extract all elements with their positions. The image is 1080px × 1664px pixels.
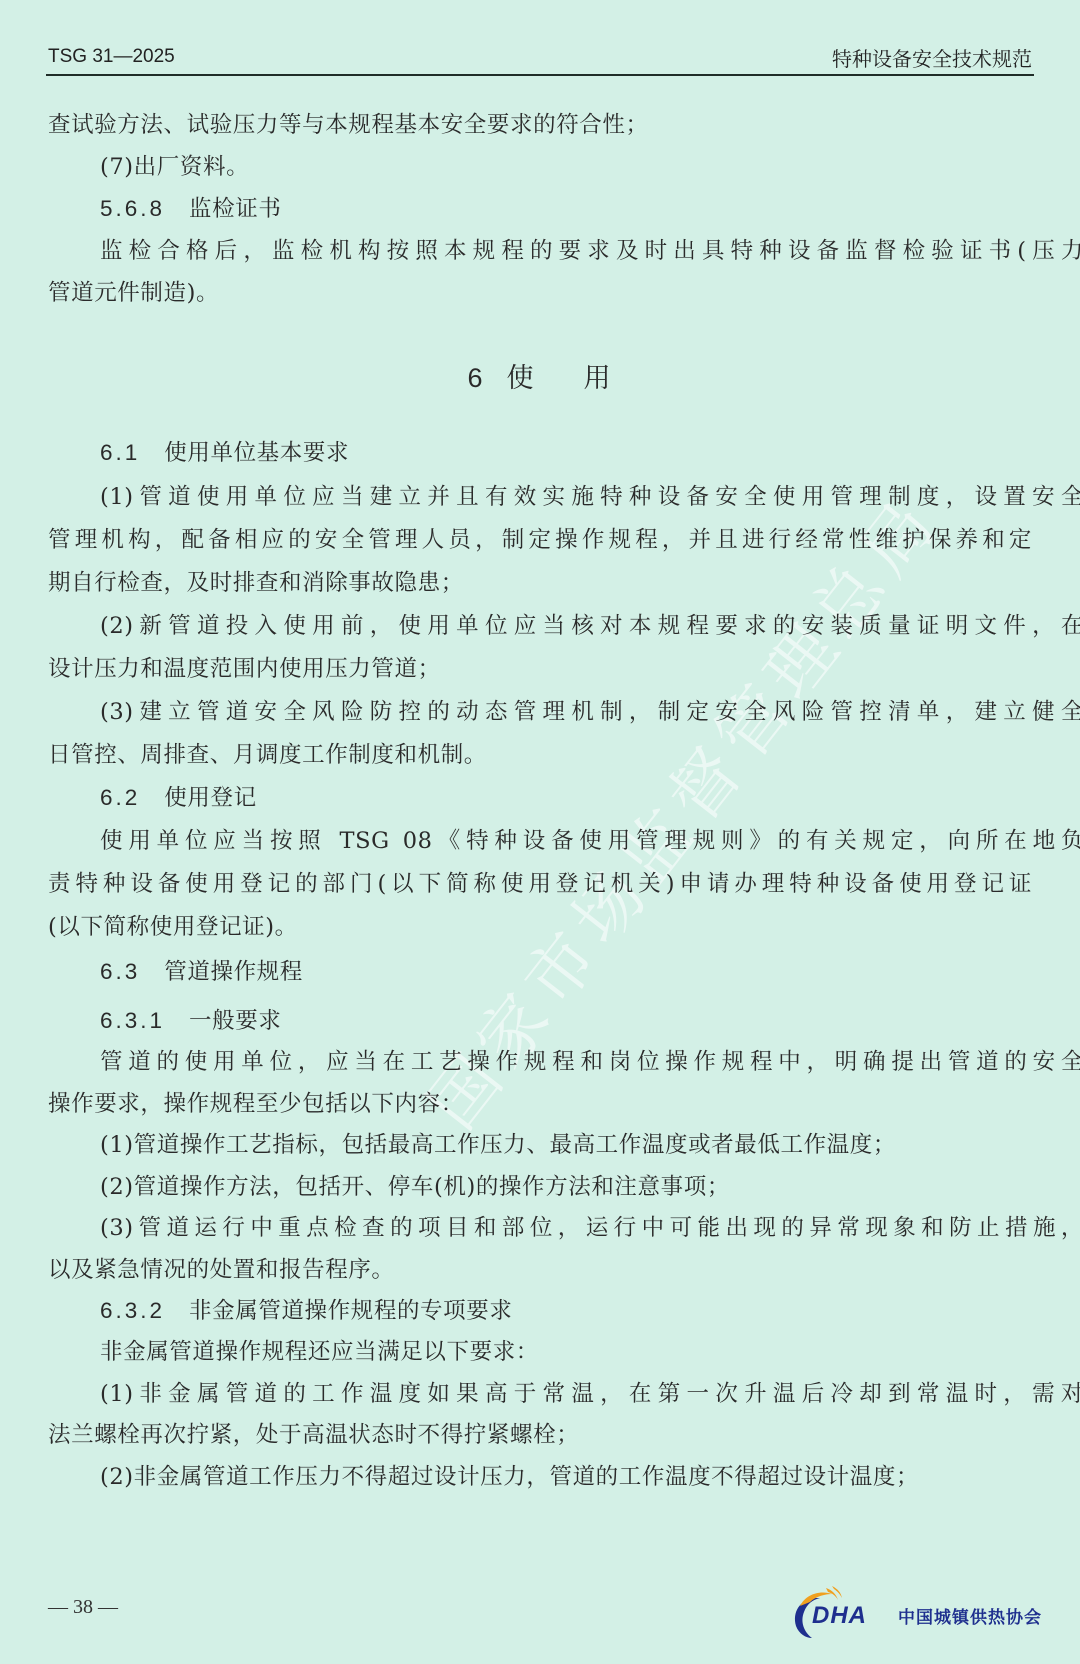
paragraph-line: (1)非金属管道的工作温度如果高于常温，在第一次升温后冷却到常温时，需对: [48, 1379, 1080, 1409]
section-number: 6.1: [100, 438, 140, 468]
paragraph-line: 法兰螺栓再次拧紧，处于高温状态时不得拧紧螺栓；: [48, 1420, 1032, 1450]
paragraph-line: 日管控、周排查、月调度工作制度和机制。: [48, 740, 1032, 770]
paragraph-line: (3)建立管道安全风险防控的动态管理机制，制定安全风险管控清单，建立健全: [48, 697, 1080, 727]
dha-logo: DHA 中国城镇供热协会: [786, 1584, 1056, 1640]
paragraph-line: 使用单位应当按照 TSG 08《特种设备使用管理规则》的有关规定，向所在地负: [48, 826, 1080, 856]
section-heading-6-3: 6.3管道操作规程: [48, 957, 1080, 987]
section-heading-6-1: 6.1使用单位基本要求: [48, 438, 1080, 468]
paragraph-line: (以下简称使用登记证)。: [48, 912, 1032, 942]
section-number: 6.2: [100, 783, 140, 813]
list-item: (1)管道操作工艺指标，包括最高工作压力、最高工作温度或者最低工作温度；: [48, 1130, 1080, 1160]
paragraph-line: 期自行检查，及时排查和消除事故隐患；: [48, 568, 1032, 598]
page-number: — 38 —: [48, 1596, 118, 1619]
section-title: 一般要求: [189, 1008, 281, 1034]
document-code: TSG 31—2025: [48, 46, 175, 68]
page-header: TSG 31—2025 特种设备安全技术规范: [46, 40, 1034, 76]
section-heading-5-6-8: 5.6.8监检证书: [48, 194, 1080, 224]
series-title: 特种设备安全技术规范: [832, 43, 1032, 72]
chapter-title-char: 使: [507, 363, 536, 394]
section-number: 6.3.2: [100, 1296, 165, 1326]
section-heading-6-3-1: 6.3.1一般要求: [48, 1006, 1080, 1036]
paragraph-line: 管道元件制造)。: [48, 278, 1032, 308]
chapter-number: 6: [467, 363, 484, 394]
paragraph-line: 以及紧急情况的处置和报告程序。: [48, 1255, 1032, 1285]
paragraph-line: 设计压力和温度范围内使用压力管道；: [48, 654, 1032, 684]
chapter-title: 6使用: [48, 356, 1032, 395]
section-heading-6-3-2: 6.3.2非金属管道操作规程的专项要求: [48, 1296, 1080, 1326]
paragraph-line: 责特种设备使用登记的部门(以下简称使用登记机关)申请办理特种设备使用登记证: [48, 869, 1032, 899]
paragraph-line: 查试验方法、试验压力等与本规程基本安全要求的符合性；: [48, 110, 1032, 140]
organization-name: 中国城镇供热协会: [898, 1603, 1042, 1628]
section-title: 管道操作规程: [164, 959, 303, 985]
paragraph-line: 监检合格后，监检机构按照本规程的要求及时出具特种设备监督检验证书(压力: [48, 236, 1080, 266]
section-number: 6.3: [100, 957, 140, 987]
list-item: (7)出厂资料。: [48, 152, 1080, 182]
paragraph-line: 操作要求，操作规程至少包括以下内容：: [48, 1089, 1032, 1119]
paragraph-line: (2)新管道投入使用前，使用单位应当核对本规程要求的安装质量证明文件，在: [48, 611, 1080, 641]
section-number: 5.6.8: [100, 194, 165, 224]
paragraph-line: (3)管道运行中重点检查的项目和部位，运行中可能出现的异常现象和防止措施，: [48, 1213, 1080, 1243]
list-item: (2)管道操作方法，包括开、停车(机)的操作方法和注意事项；: [48, 1172, 1080, 1202]
list-item: (2)非金属管道工作压力不得超过设计压力，管道的工作温度不得超过设计温度；: [48, 1462, 1080, 1492]
logo-abbreviation: DHA: [812, 1602, 867, 1630]
section-title: 非金属管道操作规程的专项要求: [189, 1298, 512, 1324]
paragraph-line: 非金属管道操作规程还应当满足以下要求：: [48, 1337, 1080, 1367]
section-title: 使用单位基本要求: [164, 440, 349, 466]
section-title: 监检证书: [189, 196, 281, 222]
section-number: 6.3.1: [100, 1006, 165, 1036]
section-title: 使用登记: [164, 785, 256, 811]
chapter-title-char: 用: [584, 363, 613, 394]
paragraph-line: 管理机构，配备相应的安全管理人员，制定操作规程，并且进行经常性维护保养和定: [48, 525, 1032, 555]
paragraph-line: 管道的使用单位，应当在工艺操作规程和岗位操作规程中，明确提出管道的安全: [48, 1047, 1080, 1077]
section-heading-6-2: 6.2使用登记: [48, 783, 1080, 813]
paragraph-line: (1)管道使用单位应当建立并且有效实施特种设备安全使用管理制度，设置安全: [48, 482, 1080, 512]
